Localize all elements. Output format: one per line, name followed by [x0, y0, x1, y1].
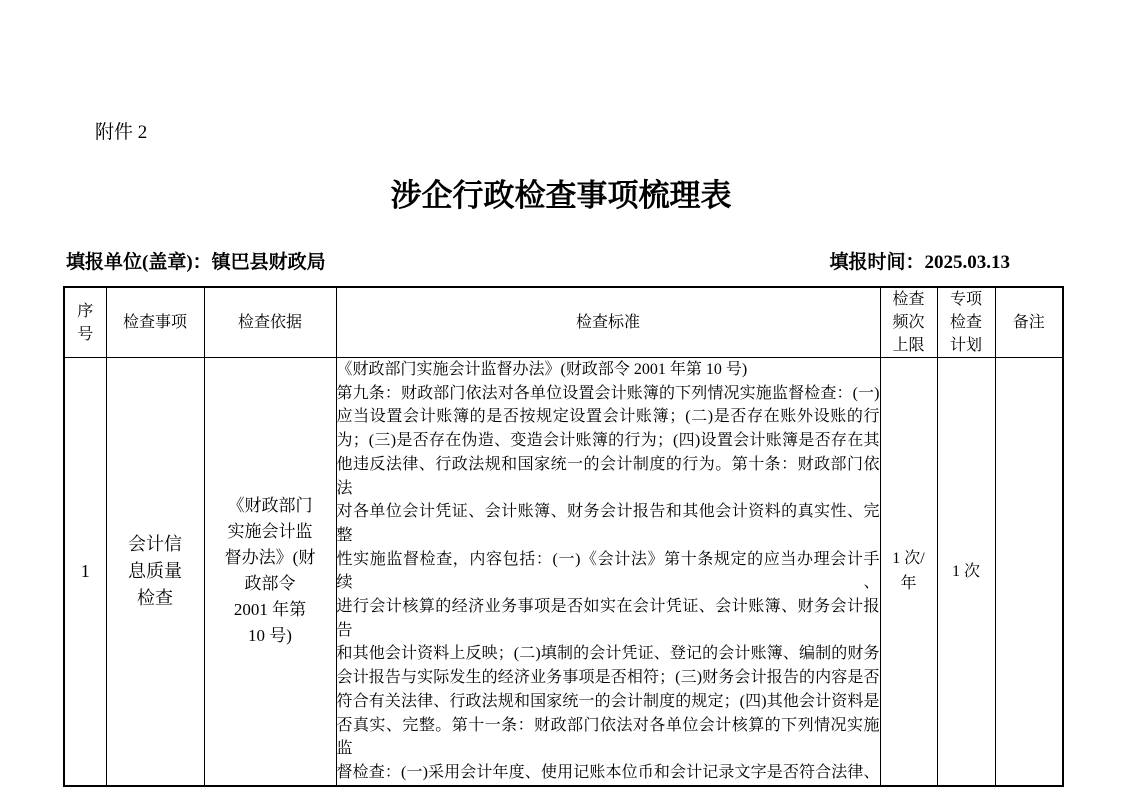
- standard-line: 督检查：(一)采用会计年度、使用记账本位币和会计记录文字是否符合法律、: [337, 761, 880, 785]
- header-frequency-limit: 检查 频次 上限: [880, 287, 937, 358]
- standard-lines: 第九条：财政部门依法对各单位设置会计账簿的下列情况实施监督检查：(一)应当设置会…: [337, 382, 880, 785]
- cell-inspection-item: 会计信 息质量 检查: [106, 358, 204, 786]
- standard-line: 性实施监督检查，内容包括：(一)《会计法》第十条规定的应当办理会计手续、: [337, 548, 880, 595]
- filing-unit-label: 填报单位(盖章)：镇巴县财政局: [66, 250, 326, 276]
- filing-info-row: 填报单位(盖章)：镇巴县财政局 填报时间：2025.03.13: [66, 250, 1010, 276]
- cell-special-plan: 1 次: [937, 358, 995, 786]
- standard-line: 第九条：财政部门依法对各单位设置会计账簿的下列情况实施监督检查：(一): [337, 382, 880, 406]
- standard-line: 和其他会计资料上反映；(二)填制的会计凭证、登记的会计账簿、编制的财务: [337, 642, 880, 666]
- standard-line: 他违反法律、行政法规和国家统一的会计制度的行为。第十条：财政部门依法: [337, 453, 880, 500]
- filing-time-label: 填报时间：2025.03.13: [829, 250, 1010, 276]
- table-row: 1 会计信 息质量 检查 《财政部门 实施会计监 督办法》(财 政部令 2001…: [64, 358, 1063, 786]
- standard-line: 会计报告与实际发生的经济业务事项是否相符；(三)财务会计报告的内容是否: [337, 666, 880, 690]
- cell-inspection-basis: 《财政部门 实施会计监 督办法》(财 政部令 2001 年第 10 号): [204, 358, 336, 786]
- standard-line: 对各单位会计凭证、会计账簿、财务会计报告和其他会计资料的真实性、完整: [337, 500, 880, 547]
- attachment-label: 附件 2: [95, 121, 147, 145]
- header-seq: 序 号: [64, 287, 106, 358]
- standard-line: 为；(三)是否存在伪造、变造会计账簿的行为；(四)设置会计账簿是否存在其: [337, 429, 880, 453]
- cell-frequency-limit: 1 次/ 年: [880, 358, 937, 786]
- page-title: 涉企行政检查事项梳理表: [0, 177, 1122, 214]
- standard-line: 符合有关法律、行政法规和国家统一的会计制度的规定；(四)其他会计资料是: [337, 690, 880, 714]
- inspection-items-table: 序 号 检查事项 检查依据 检查标准 检查 频次 上限 专项 检查 计划 备注 …: [63, 286, 1064, 787]
- standard-title: 《财政部门实施会计监督办法》(财政部令 2001 年第 10 号): [337, 358, 880, 382]
- cell-note: [995, 358, 1063, 786]
- table-header-row: 序 号 检查事项 检查依据 检查标准 检查 频次 上限 专项 检查 计划 备注: [64, 287, 1063, 358]
- standard-line: 进行会计核算的经济业务事项是否如实在会计凭证、会计账簿、财务会计报告: [337, 595, 880, 642]
- cell-seq: 1: [64, 358, 106, 786]
- standard-line: 应当设置会计账簿的是否按规定设置会计账簿；(二)是否存在账外设账的行: [337, 405, 880, 429]
- header-note: 备注: [995, 287, 1063, 358]
- header-special-plan: 专项 检查 计划: [937, 287, 995, 358]
- standard-line: 否真实、完整。第十一条：财政部门依法对各单位会计核算的下列情况实施监: [337, 714, 880, 761]
- header-inspection-standard: 检查标准: [336, 287, 880, 358]
- header-inspection-basis: 检查依据: [204, 287, 336, 358]
- document-page: 附件 2 涉企行政检查事项梳理表 填报单位(盖章)：镇巴县财政局 填报时间：20…: [0, 0, 1122, 793]
- header-inspection-item: 检查事项: [106, 287, 204, 358]
- cell-inspection-standard: 《财政部门实施会计监督办法》(财政部令 2001 年第 10 号) 第九条：财政…: [336, 358, 880, 786]
